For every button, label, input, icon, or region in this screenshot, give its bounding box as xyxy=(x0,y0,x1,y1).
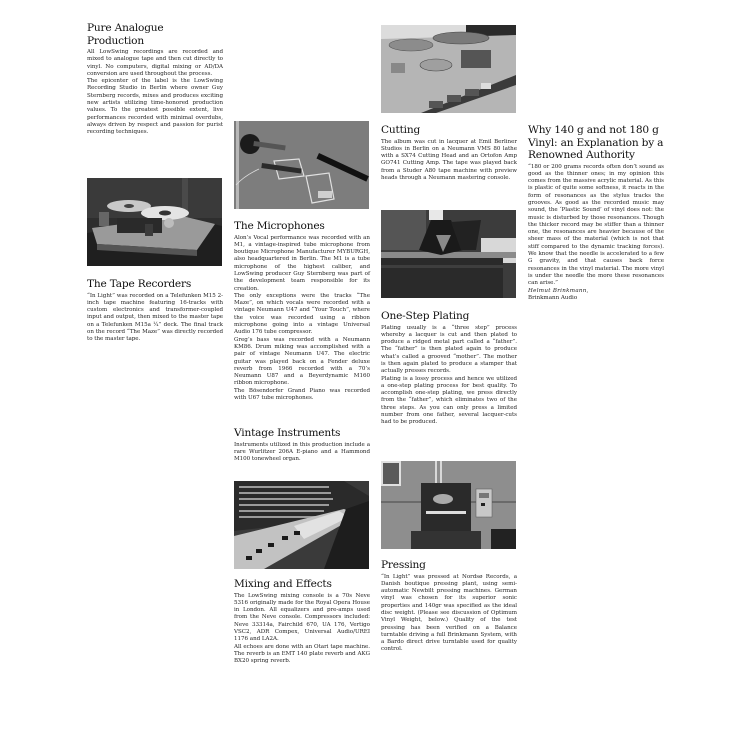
quote-author: Helmut Brinkmann, xyxy=(528,288,664,295)
heading-vintage-instruments: Vintage Instruments xyxy=(234,427,370,440)
section-mixing-effects: Mixing and Effects The LowSwing mixing c… xyxy=(234,578,370,665)
section-pure-analogue: Pure Analogue Production All LowSwing re… xyxy=(87,22,223,137)
section-vintage-instruments: Vintage Instruments Instruments utilized… xyxy=(234,427,370,463)
paragraph: The album was cut in lacquer at Emil Ber… xyxy=(381,139,517,183)
cutting-head-photo xyxy=(381,210,516,298)
heading-pure-analogue: Pure Analogue Production xyxy=(87,22,223,47)
paragraph: The epicenter of the label is the LowSwi… xyxy=(87,78,223,136)
heading-cutting: Cutting xyxy=(381,124,517,137)
paragraph: The Bösendorfer Grand Piano was record­e… xyxy=(234,388,370,403)
paragraph: Alon’s Vocal performance was recorded wi… xyxy=(234,235,370,293)
cutting-lathe-photo xyxy=(381,25,516,113)
heading-microphones: The Microphones xyxy=(234,220,370,233)
heading-mixing-effects: Mixing and Effects xyxy=(234,578,370,591)
paragraph: The only exceptions were the tracks “The… xyxy=(234,293,370,337)
author-affiliation: Brinkmann Audio xyxy=(528,295,664,302)
microphones-photo xyxy=(234,121,369,209)
section-microphones: The Microphones Alon’s Vocal performance… xyxy=(234,220,370,402)
heading-plating: One-Step Plating xyxy=(381,310,517,323)
paragraph: Greg’s bass was recorded with a Neumann … xyxy=(234,337,370,388)
section-tape-recorders: The Tape Recorders “In Light” was record… xyxy=(87,278,223,344)
paragraph: “In Light” was pressed at Nordsø Records… xyxy=(381,574,517,654)
quote-paragraph: “180 or 200 grams records often don’t so… xyxy=(528,164,664,288)
heading-pressing: Pressing xyxy=(381,559,517,572)
paragraph: Instruments utilized in this production … xyxy=(234,442,370,464)
mixing-console-photo xyxy=(234,481,369,569)
section-pressing: Pressing “In Light” was pressed at Nords… xyxy=(381,559,517,654)
paragraph: “In Light” was recorded on a Telefunken … xyxy=(87,293,223,344)
paragraph: All echoes are done with an Otari tape m… xyxy=(234,644,370,666)
tape-recorder-photo xyxy=(87,178,222,266)
author-name: Helmut Brinkmann, xyxy=(528,288,589,294)
pressing-machine-photo xyxy=(381,461,516,549)
section-plating: One-Step Plating Plating usually is a “t… xyxy=(381,310,517,427)
heading-vinyl-weight: Why 140 g and not 180 g Vinyl: an Explan… xyxy=(528,124,664,162)
section-cutting: Cutting The album was cut in lacquer at … xyxy=(381,124,517,182)
paragraph: The LowSwing mixing console is a 70s Nev… xyxy=(234,593,370,644)
section-vinyl-weight: Why 140 g and not 180 g Vinyl: an Explan… xyxy=(528,124,664,302)
heading-tape-recorders: The Tape Recorders xyxy=(87,278,223,291)
paragraph: Plating is a lossy process and hence we … xyxy=(381,376,517,427)
paragraph: Plating usually is a “three step” proces… xyxy=(381,325,517,376)
paragraph: All LowSwing recordings are recorded and… xyxy=(87,49,223,78)
